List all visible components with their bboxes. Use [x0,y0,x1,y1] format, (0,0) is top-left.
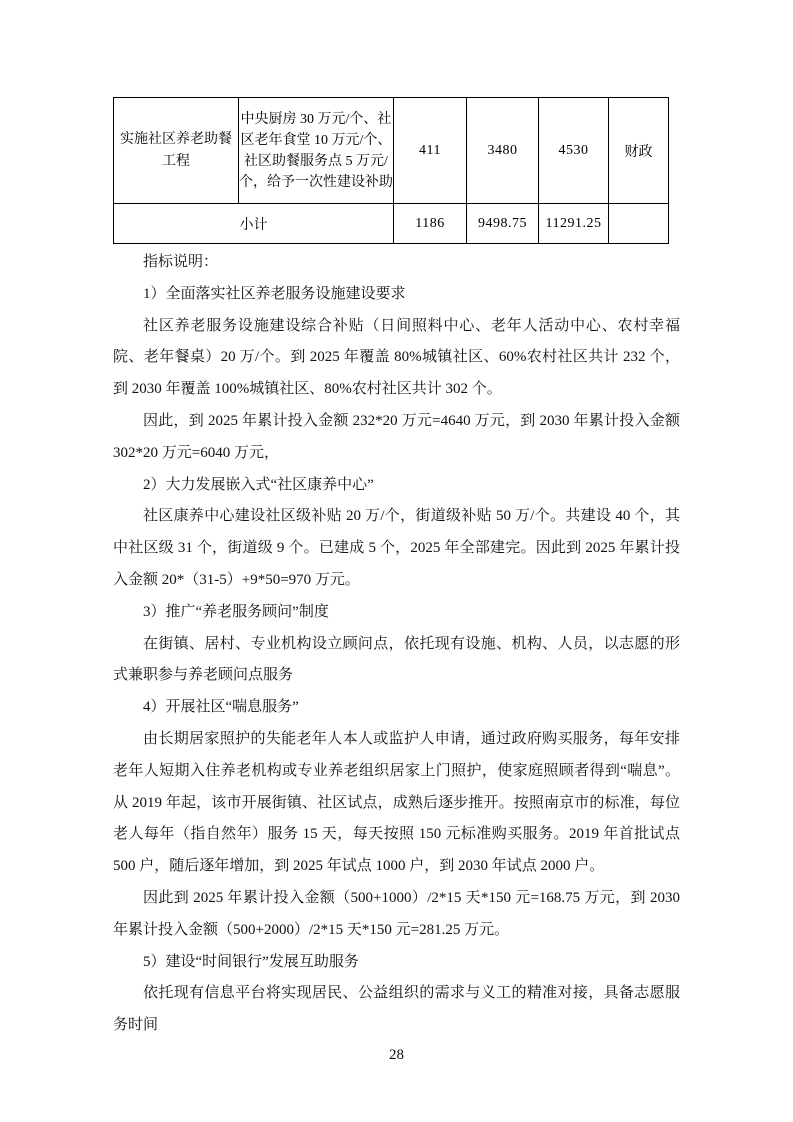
subtotal-amount-cell-1: 1186 [394,204,467,244]
item-3-text: 在街镇、居村、专业机构设立顾问点，依托现有设施、机构、人员，以志愿的形式兼职参与… [113,629,680,693]
amount-cell-3: 4530 [539,98,609,204]
table-row-project: 实施社区养老助餐工程 中央厨房 30 万元/个、社区老年食堂 10 万元/个、社… [114,98,669,204]
funding-source-cell: 财政 [609,98,669,204]
document-page: 实施社区养老助餐工程 中央厨房 30 万元/个、社区老年食堂 10 万元/个、社… [0,0,793,1122]
item-4-heading: 4）开展社区“喘息服务” [113,692,680,724]
subtotal-funding-cell [609,204,669,244]
item-1-calculation: 因此，到 2025 年累计投入金额 232*20 万元=4640 万元，到 20… [113,406,680,470]
table-row-subtotal: 小计 1186 9498.75 11291.25 [114,204,669,244]
budget-table: 实施社区养老助餐工程 中央厨房 30 万元/个、社区老年食堂 10 万元/个、社… [113,97,669,244]
amount-cell-2: 3480 [467,98,539,204]
item-3-heading: 3）推广“养老服务顾问”制度 [113,597,680,629]
page-number: 28 [113,1047,680,1064]
project-name-cell: 实施社区养老助餐工程 [114,98,239,204]
item-1-heading: 1）全面落实社区养老服务设施建设要求 [113,279,680,311]
indicator-notes-section: 指标说明： 1）全面落实社区养老服务设施建设要求 社区养老服务设施建设综合补贴（… [113,247,680,1042]
amount-cell-1: 411 [394,98,467,204]
subtotal-amount-cell-2: 9498.75 [467,204,539,244]
subsidy-standard-cell: 中央厨房 30 万元/个、社区老年食堂 10 万元/个、社区助餐服务点 5 万元… [239,98,394,204]
item-5-text: 依托现有信息平台将实现居民、公益组织的需求与义工的精准对接，具备志愿服务时间 [113,978,680,1042]
item-1-text: 社区养老服务设施建设综合补贴（日间照料中心、老年人活动中心、农村幸福院、老年餐桌… [113,311,680,406]
subtotal-label-cell: 小计 [114,204,394,244]
item-2-heading: 2）大力发展嵌入式“社区康养中心” [113,470,680,502]
notes-heading: 指标说明： [113,247,680,279]
item-4-text: 由长期居家照护的失能老年人本人或监护人申请，通过政府购买服务，每年安排老年人短期… [113,724,680,883]
item-4-calculation: 因此到 2025 年累计投入金额（500+1000）/2*15 天*150 元=… [113,883,680,947]
item-2-text: 社区康养中心建设社区级补贴 20 万/个，街道级补贴 50 万/个。共建设 40… [113,501,680,596]
subtotal-amount-cell-3: 11291.25 [539,204,609,244]
item-5-heading: 5）建设“时间银行”发展互助服务 [113,947,680,979]
